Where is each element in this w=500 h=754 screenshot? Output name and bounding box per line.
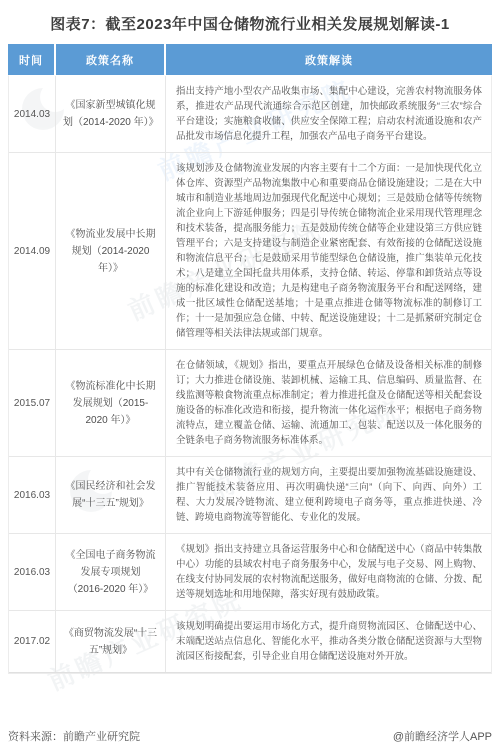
table-body: 2014.03 《国家新型城镇化规划（2014-2020 年）》 指出支持产地小… <box>8 75 492 674</box>
header-cell-policy-name: 政策名称 <box>56 44 166 75</box>
cell-policy-name: 《国家新型城镇化规划（2014-2020 年）》 <box>56 76 166 152</box>
header-cell-interpretation: 政策解读 <box>166 44 492 75</box>
cell-interpretation: 该规划明确提出要运用市场化方式，提升商贸物流园区、仓储配送中心、末端配送站点信息… <box>166 611 491 672</box>
table-header: 时间 政策名称 政策解读 <box>8 44 492 75</box>
table-row: 2014.03 《国家新型城镇化规划（2014-2020 年）》 指出支持产地小… <box>9 76 491 153</box>
cell-time: 2016.03 <box>9 457 56 533</box>
header-cell-time: 时间 <box>8 44 56 75</box>
cell-time: 2014.03 <box>9 76 56 152</box>
table-row: 2014.09 《物流业发展中长期规划（2014-2020 年）》 该规划涉及仓… <box>9 153 491 350</box>
cell-interpretation: 其中有关仓储物流行业的规划方向，主要提出要加强物流基础设施建设、推广智能技术装备… <box>166 457 491 533</box>
cell-interpretation: 《规划》指出支持建立具备运营服务中心和仓储配送中心（商品中转集散中心）功能的县域… <box>166 534 491 610</box>
cell-policy-name: 《物流标准化中长期发展规划（2015-2020 年）》 <box>56 350 166 456</box>
table-row: 2016.03 《国民经济和社会发展“十三五”规划》 其中有关仓储物流行业的规划… <box>9 457 491 534</box>
cell-interpretation: 在仓储领域，《规划》指出，要重点开展绿色仓储及设备相关标准的制修订；大力推进仓储… <box>166 350 491 456</box>
table-row: 2016.03 《全国电子商务物流发展专项规划（2016-2020 年）》 《规… <box>9 534 491 611</box>
cell-time: 2016.03 <box>9 534 56 610</box>
figure-footer: 资料来源：前瞻产业研究院 @前瞻经济学人APP <box>8 728 492 744</box>
footer-source: 资料来源：前瞻产业研究院 <box>8 728 140 744</box>
cell-interpretation: 指出支持产地小型农产品收集市场、集配中心建设，完善农村物流服务体系，推进农产品现… <box>166 76 491 152</box>
table-row: 2017.02 《商贸物流发展“十三五”规划》 该规划明确提出要运用市场化方式，… <box>9 611 491 673</box>
policy-table: 时间 政策名称 政策解读 2014.03 《国家新型城镇化规划（2014-202… <box>8 44 492 674</box>
cell-interpretation: 该规划涉及仓储物流业发展的内容主要有十二个方面：一是加快现代化立体仓库、资源型产… <box>166 153 491 349</box>
cell-policy-name: 《商贸物流发展“十三五”规划》 <box>56 611 166 672</box>
cell-policy-name: 《物流业发展中长期规划（2014-2020 年）》 <box>56 153 166 349</box>
chart-title: 图表7：截至2023年中国仓储物流行业相关发展规划解读-1 <box>0 0 500 34</box>
report-figure-page: { "chart_data": { "type": "table", "titl… <box>0 0 500 754</box>
cell-policy-name: 《全国电子商务物流发展专项规划（2016-2020 年）》 <box>56 534 166 610</box>
cell-time: 2014.09 <box>9 153 56 349</box>
cell-time: 2017.02 <box>9 611 56 672</box>
cell-time: 2015.07 <box>9 350 56 456</box>
cell-policy-name: 《国民经济和社会发展“十三五”规划》 <box>56 457 166 533</box>
table-row: 2015.07 《物流标准化中长期发展规划（2015-2020 年）》 在仓储领… <box>9 350 491 457</box>
footer-credit: @前瞻经济学人APP <box>393 728 492 744</box>
